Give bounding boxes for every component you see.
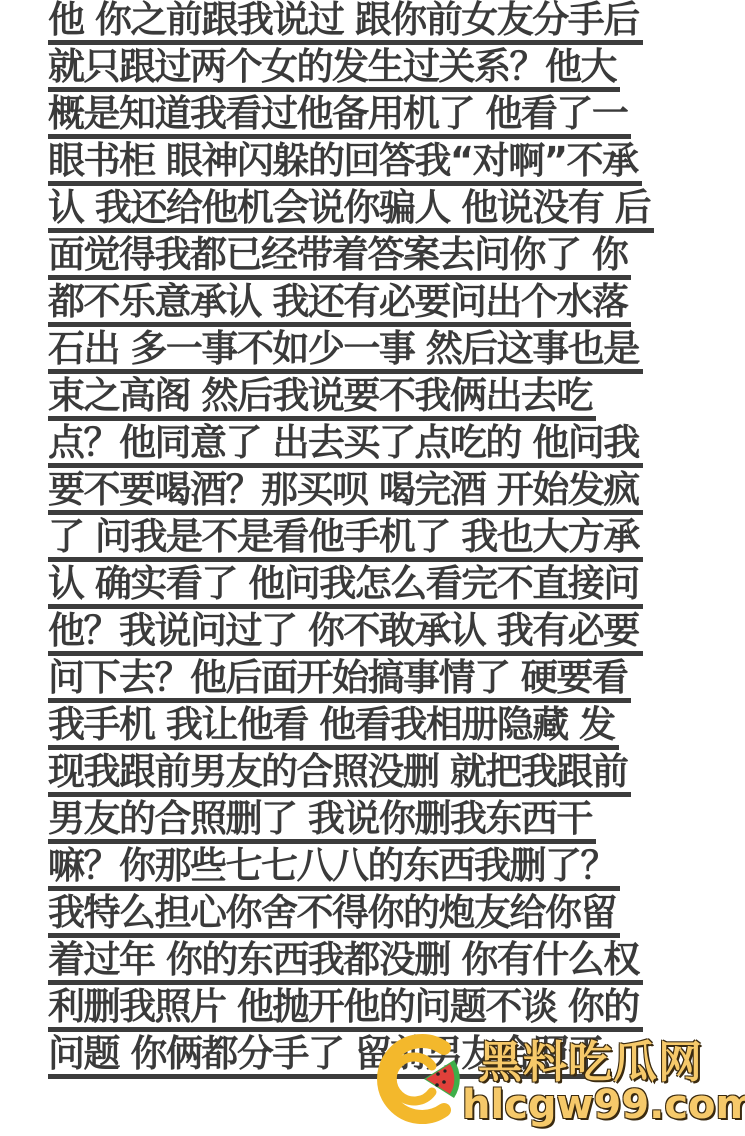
underlined-text: 现我跟前男友的合照没删 就把我跟前 <box>48 752 631 797</box>
underlined-text: 就只跟过两个女的发生过关系？他大 <box>48 47 620 92</box>
underlined-text: 点？他同意了 出去买了点吃的 他问我 <box>48 423 643 468</box>
underlined-text: 认 我还给他机会说你骗人 他说没有 后 <box>48 188 654 233</box>
text-line: 现我跟前男友的合照没删 就把我跟前 <box>48 752 738 799</box>
underlined-text: 认 确实看了 他问我怎么看完不直接问 <box>48 564 643 609</box>
underlined-text: 着过年 你的东西我都没删 你有什么权 <box>48 940 643 985</box>
underlined-text: 嘛？你那些七七八八的东西我删了？ <box>48 846 620 891</box>
text-line: 了 问我是不是看他手机了 我也大方承 <box>48 517 738 564</box>
text-line: 问下去？他后面开始搞事情了 硬要看 <box>48 658 738 705</box>
text-line: 我特么担心你舍不得你的炮友给你留 <box>48 893 738 940</box>
text-line: 面觉得我都已经带着答案去问你了 你 <box>48 235 738 282</box>
underlined-text: 概是知道我看过他备用机了 他看了一 <box>48 94 631 139</box>
underlined-text: 了 问我是不是看他手机了 我也大方承 <box>48 517 643 562</box>
text-document: 他 你之前跟我说过 跟你前女友分手后 就只跟过两个女的发生过关系？他大 概是知道… <box>48 0 738 1081</box>
watermark: 黑料吃瓜网 hlcgw99.com <box>370 1022 745 1136</box>
text-line: 他？我说问过了 你不敢承认 我有必要 <box>48 611 738 658</box>
text-line: 我手机 我让他看 他看我相册隐藏 发 <box>48 705 738 752</box>
underlined-text: 都不乐意承认 我还有必要问出个水落 <box>48 282 631 327</box>
underlined-text: 男友的合照删了 我说你删我东西干 <box>48 799 596 844</box>
underlined-text: 要不要喝酒？那买呗 喝完酒 开始发疯 <box>48 470 643 515</box>
text-line: 都不乐意承认 我还有必要问出个水落 <box>48 282 738 329</box>
text-line: 男友的合照删了 我说你删我东西干 <box>48 799 738 846</box>
text-line: 着过年 你的东西我都没删 你有什么权 <box>48 940 738 987</box>
underlined-text: 他 你之前跟我说过 跟你前女友分手后 <box>48 0 643 45</box>
text-line: 他 你之前跟我说过 跟你前女友分手后 <box>48 0 738 47</box>
text-line: 认 我还给他机会说你骗人 他说没有 后 <box>48 188 738 235</box>
text-line: 点？他同意了 出去买了点吃的 他问我 <box>48 423 738 470</box>
watermelon-c-logo-icon <box>374 1030 470 1126</box>
text-line: 眼书柜 眼神闪躲的回答我“对啊”不承 <box>48 141 738 188</box>
underlined-text: 问下去？他后面开始搞事情了 硬要看 <box>48 658 631 703</box>
watermark-title: 黑料吃瓜网 <box>478 1026 703 1090</box>
underlined-text: 面觉得我都已经带着答案去问你了 你 <box>48 235 631 280</box>
underlined-text: 我手机 我让他看 他看我相册隐藏 发 <box>48 705 619 750</box>
text-line: 石出 多一事不如少一事 然后这事也是 <box>48 329 738 376</box>
text-line: 束之高阁 然后我说要不我俩出去吃 <box>48 376 738 423</box>
text-line: 认 确实看了 他问我怎么看完不直接问 <box>48 564 738 611</box>
underlined-text: 束之高阁 然后我说要不我俩出去吃 <box>48 376 596 421</box>
underlined-text: 我特么担心你舍不得你的炮友给你留 <box>48 893 620 938</box>
underlined-text: 石出 多一事不如少一事 然后这事也是 <box>48 329 643 374</box>
text-line: 就只跟过两个女的发生过关系？他大 <box>48 47 738 94</box>
text-line: 概是知道我看过他备用机了 他看了一 <box>48 94 738 141</box>
underlined-text: 眼书柜 眼神闪躲的回答我“对啊”不承 <box>48 141 642 186</box>
underlined-text: 他？我说问过了 你不敢承认 我有必要 <box>48 611 643 656</box>
text-line: 嘛？你那些七七八八的东西我删了？ <box>48 846 738 893</box>
watermark-url: hlcgw99.com <box>462 1082 745 1128</box>
text-line: 要不要喝酒？那买呗 喝完酒 开始发疯 <box>48 470 738 517</box>
